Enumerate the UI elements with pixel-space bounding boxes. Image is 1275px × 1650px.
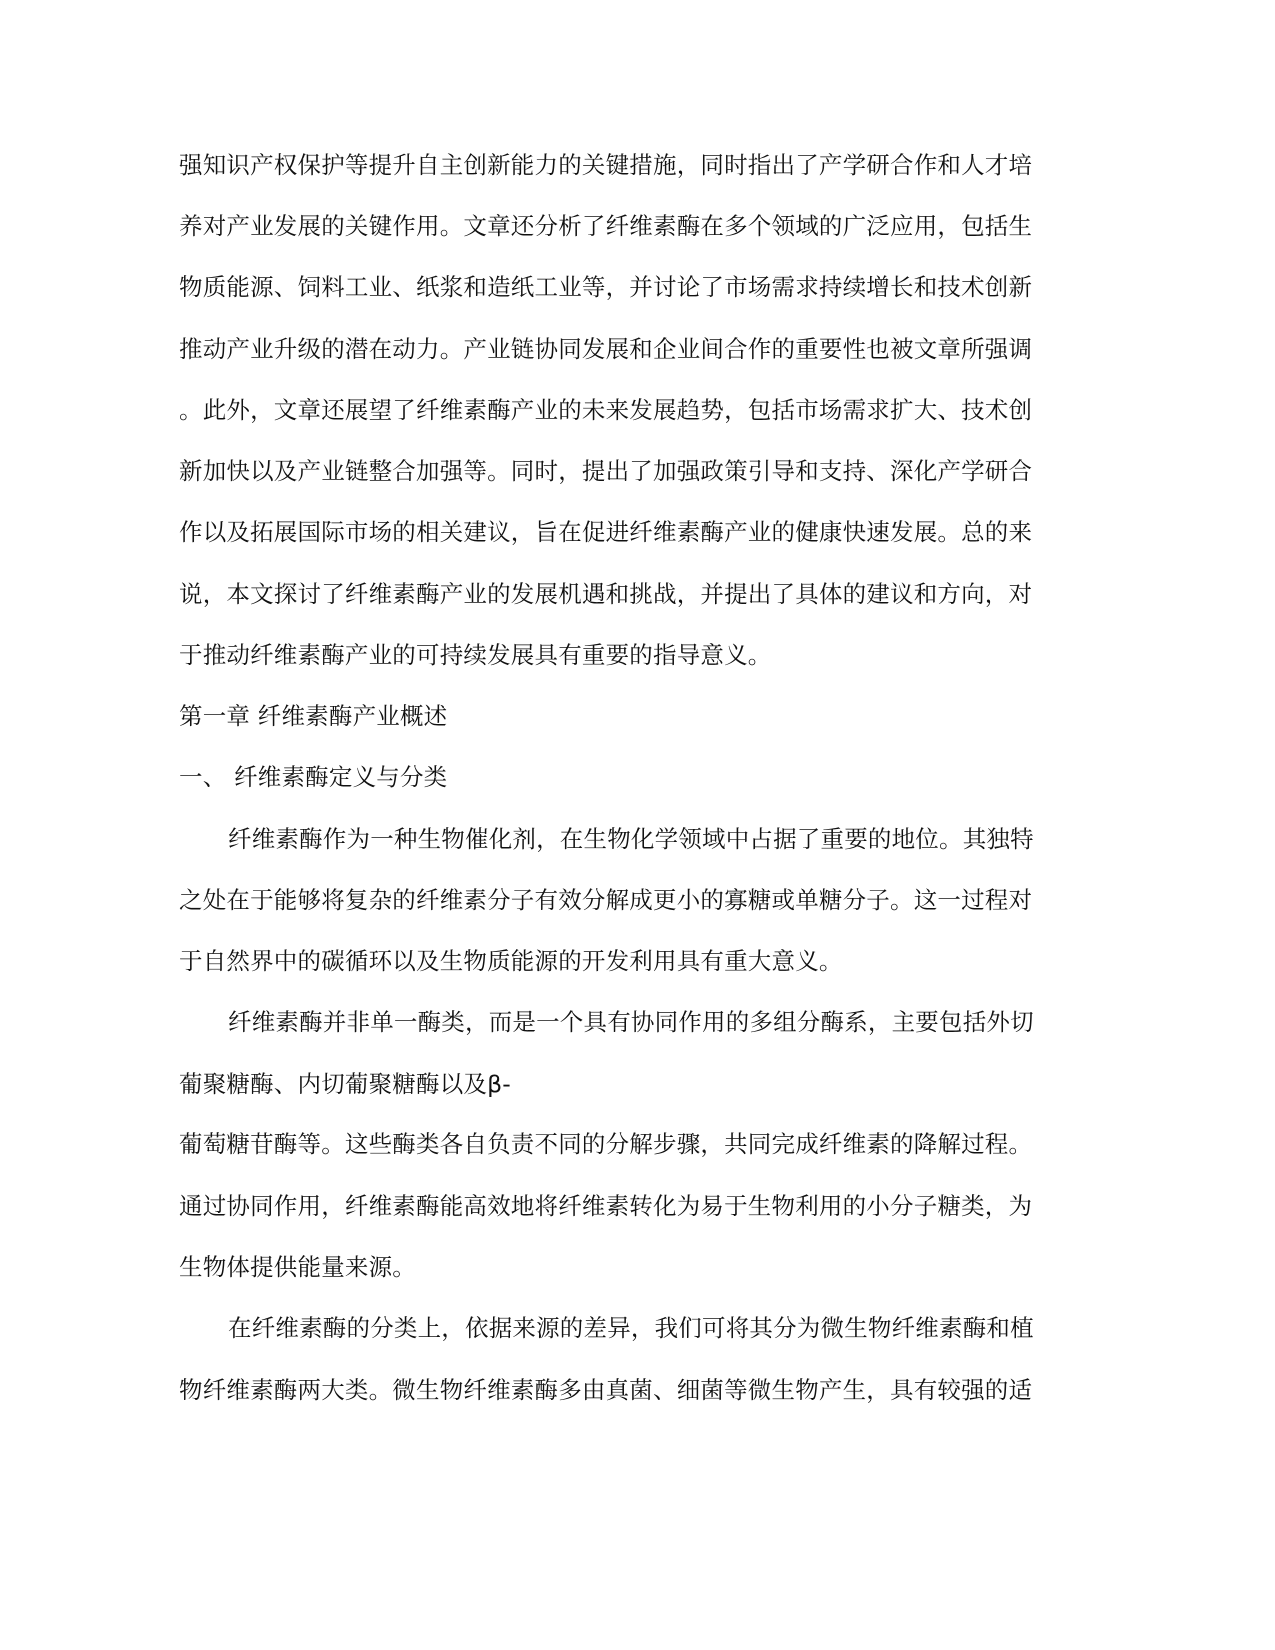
chapter-heading: 第一章 纤维素酶产业概述 [179,701,1039,731]
paragraph-line: 作以及拓展国际市场的相关建议，旨在促进纤维素酶产业的健康快速发展。总的来 [179,517,1039,547]
paragraph-line: 物质能源、饲料工业、纸浆和造纸工业等，并讨论了市场需求持续增长和技术创新 [179,272,1039,302]
paragraph-line: 纤维素酶并非单一酶类，而是一个具有协同作用的多组分酶系，主要包括外切 [228,1007,1088,1037]
paragraph-line: 物纤维素酶两大类。微生物纤维素酶多由真菌、细菌等微生物产生，具有较强的适 [179,1375,1039,1405]
document-page: 强知识产权保护等提升自主创新能力的关键措施，同时指出了产学研合作和人才培 养对产… [0,0,1275,1650]
paragraph-line: 在纤维素酶的分类上，依据来源的差异，我们可将其分为微生物纤维素酶和植 [228,1313,1088,1343]
paragraph-line: 推动产业升级的潜在动力。产业链协同发展和企业间合作的重要性也被文章所强调 [179,334,1039,364]
paragraph-line: 葡聚糖酶、内切葡聚糖酶以及β- [179,1069,1039,1099]
section-heading: 一、 纤维素酶定义与分类 [179,762,1039,792]
paragraph-line: 强知识产权保护等提升自主创新能力的关键措施，同时指出了产学研合作和人才培 [179,150,1039,180]
paragraph-line: 养对产业发展的关键作用。文章还分析了纤维素酶在多个领域的广泛应用，包括生 [179,211,1039,241]
paragraph-line: 生物体提供能量来源。 [179,1252,1039,1282]
paragraph-line: 新加快以及产业链整合加强等。同时，提出了加强政策引导和支持、深化产学研合 [179,456,1039,486]
paragraph-line: 说，本文探讨了纤维素酶产业的发展机遇和挑战，并提出了具体的建议和方向，对 [179,579,1039,609]
paragraph-line: 葡萄糖苷酶等。这些酶类各自负责不同的分解步骤，共同完成纤维素的降解过程。 [179,1129,1039,1159]
paragraph-line: 。此外，文章还展望了纤维素酶产业的未来发展趋势，包括市场需求扩大、技术创 [179,395,1039,425]
paragraph-line: 通过协同作用，纤维素酶能高效地将纤维素转化为易于生物利用的小分子糖类，为 [179,1191,1039,1221]
paragraph-line: 纤维素酶作为一种生物催化剂，在生物化学领域中占据了重要的地位。其独特 [228,824,1088,854]
paragraph-line: 于推动纤维素酶产业的可持续发展具有重要的指导意义。 [179,640,1039,670]
paragraph-line: 之处在于能够将复杂的纤维素分子有效分解成更小的寡糖或单糖分子。这一过程对 [179,885,1039,915]
paragraph-line: 于自然界中的碳循环以及生物质能源的开发利用具有重大意义。 [179,946,1039,976]
